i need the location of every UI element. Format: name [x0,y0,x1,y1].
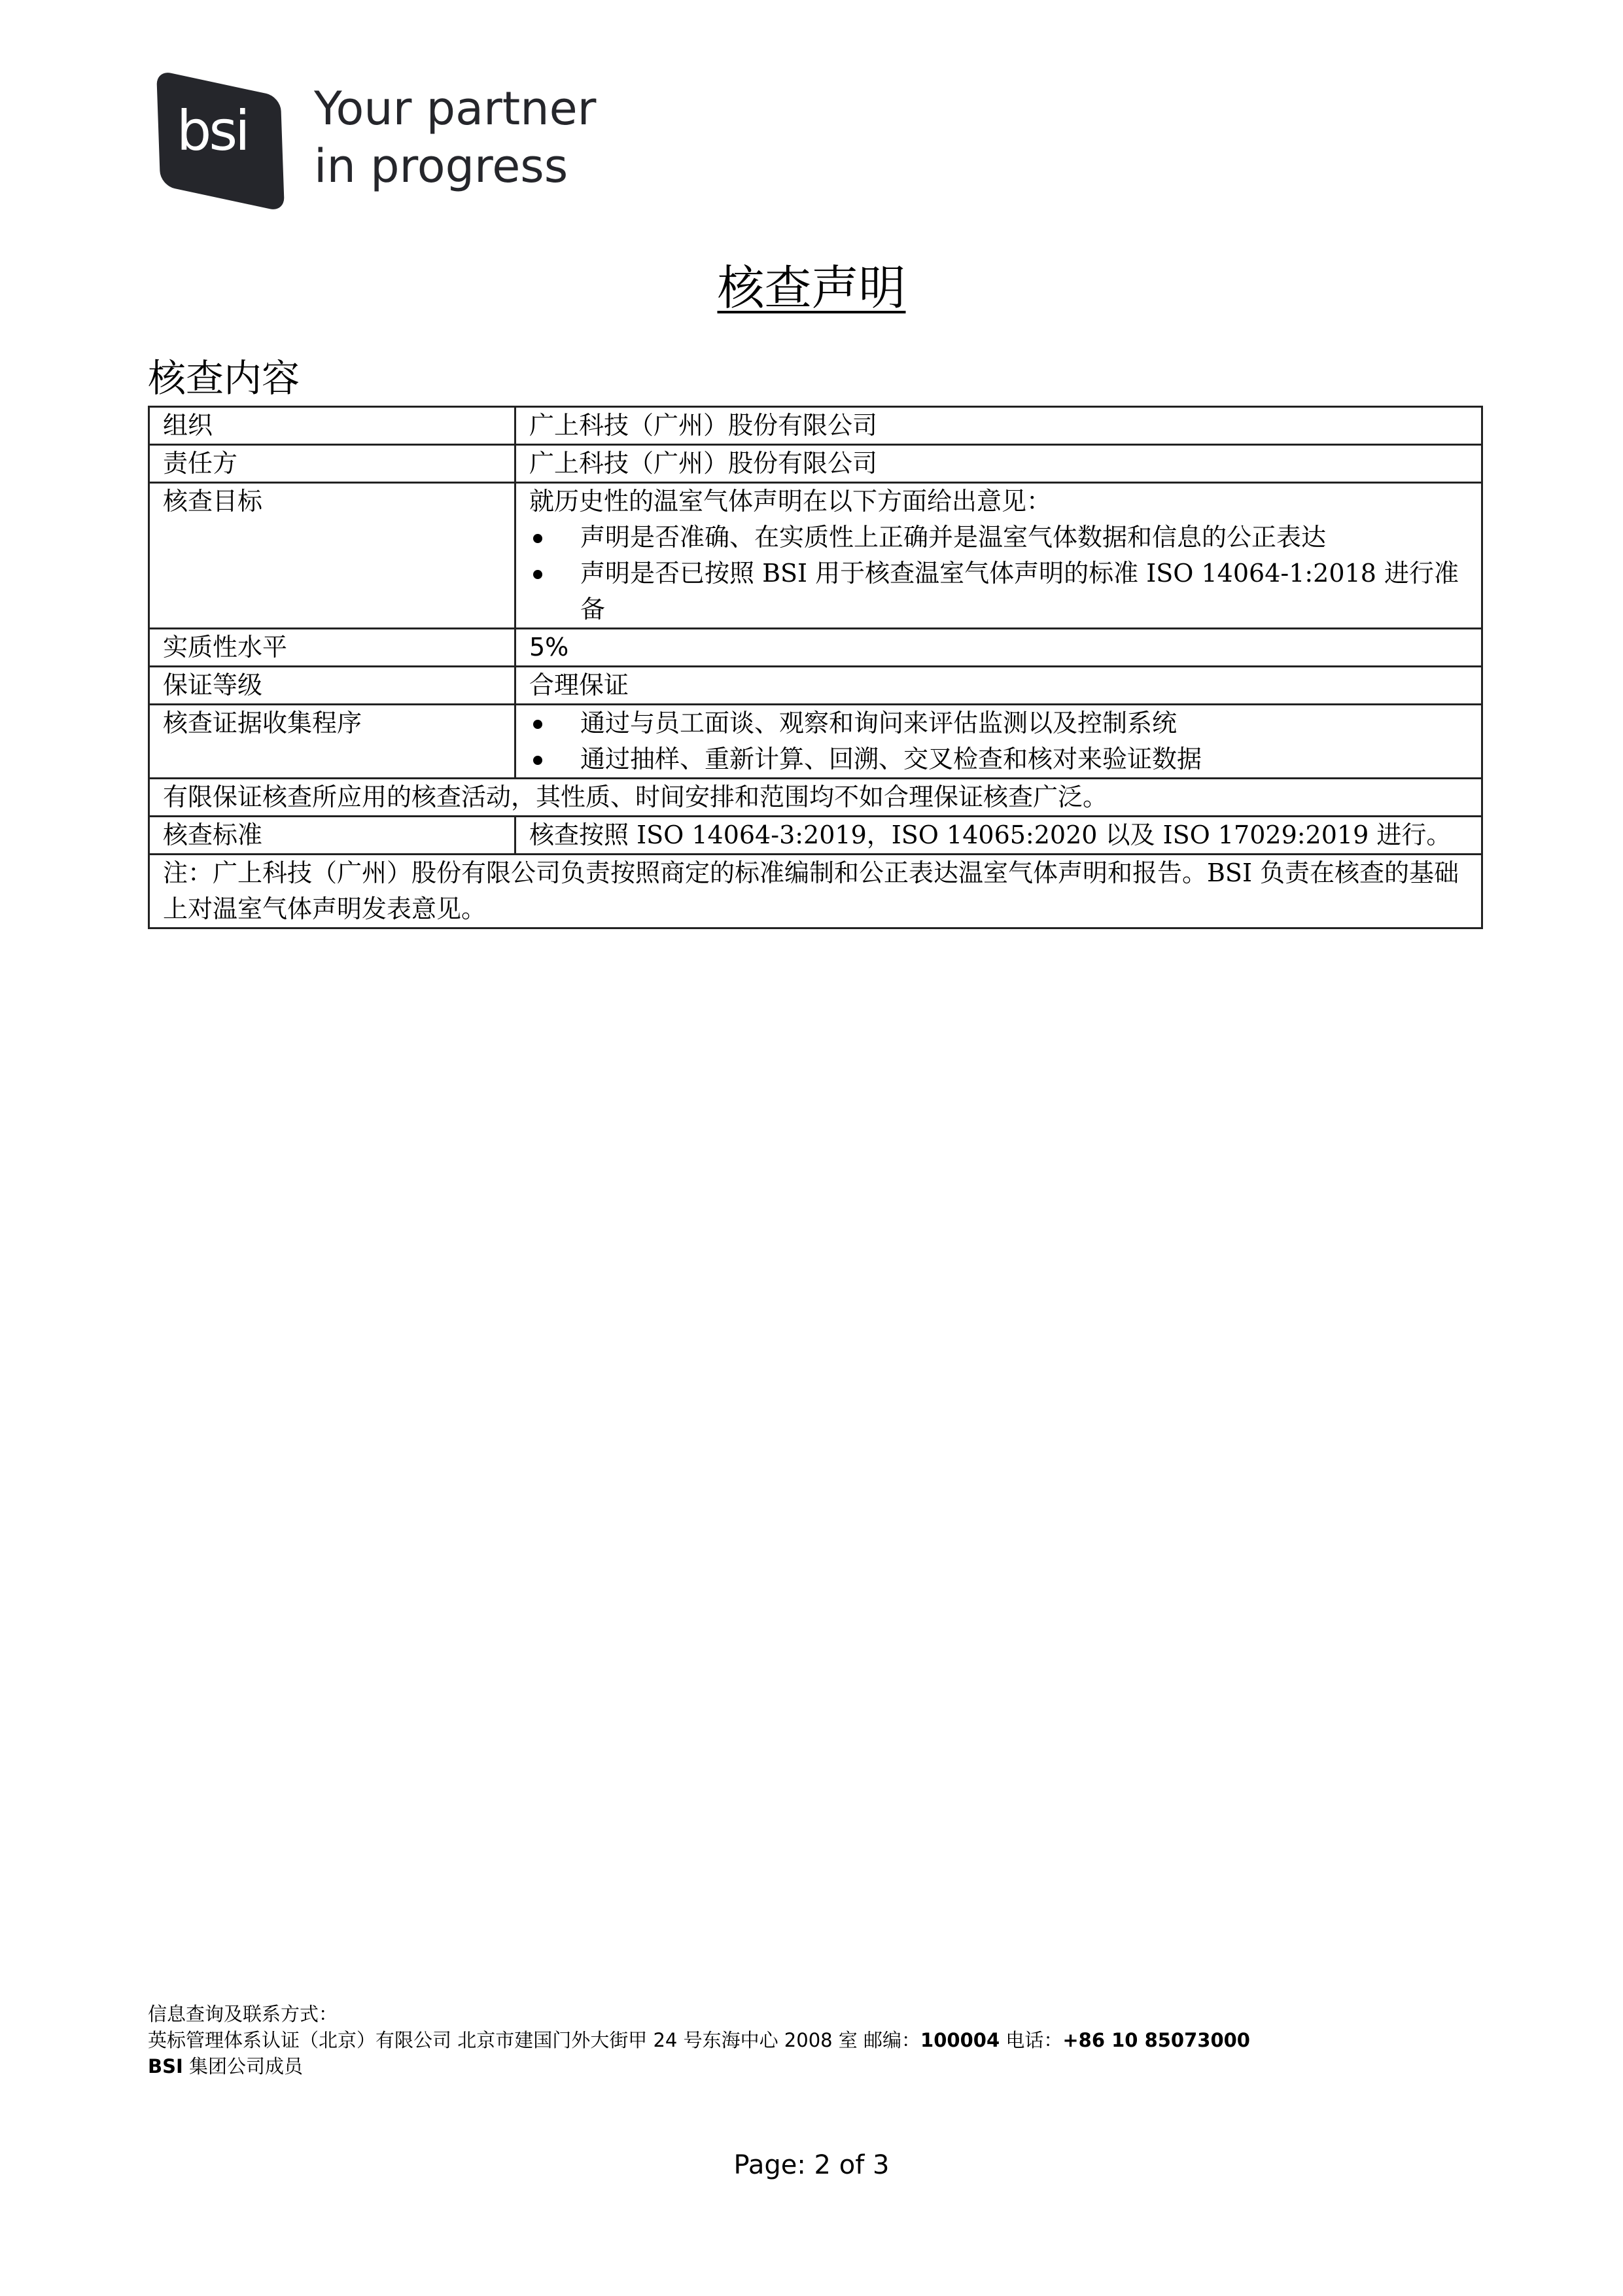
table-row-limited-assurance-note: 有限保证核查所应用的核查活动，其性质、时间安排和范围均不如合理保证核查广泛。 [149,779,1482,817]
row-label: 责任方 [149,445,515,483]
footer-contact: 信息查询及联系方式： 英标管理体系认证（北京）有限公司 北京市建国门外大街甲 2… [148,2001,1250,2079]
footer-address-line: 英标管理体系认证（北京）有限公司 北京市建国门外大街甲 24 号东海中心 200… [148,2027,1250,2053]
verification-content-table: 组织 广上科技（广州）股份有限公司 责任方 广上科技（广州）股份有限公司 核查目… [148,406,1483,929]
row-value: 5% [515,629,1482,667]
bullet-item: 通过与员工面谈、观察和询问来评估监测以及控制系统 [529,705,1468,741]
footer-postcode: 100004 [920,2029,1000,2051]
row-value: 核查按照 ISO 14064-3:2019，ISO 14065:2020 以及 … [515,817,1482,855]
logo-tagline: Your partner in progress [314,80,596,195]
document-title: 核查声明 [0,256,1623,319]
footer-bsi: BSI [148,2055,183,2077]
bullet-item: 声明是否已按照 BSI 用于核查温室气体声明的标准 ISO 14064-1:20… [529,556,1468,627]
footer-group-text: 集团公司成员 [189,2055,303,2077]
full-width-note: 有限保证核查所应用的核查活动，其性质、时间安排和范围均不如合理保证核查广泛。 [149,779,1482,817]
objective-intro: 就历史性的温室气体声明在以下方面给出意见： [529,484,1468,520]
bullet-item: 声明是否准确、在实质性上正确并是温室气体数据和信息的公正表达 [529,520,1468,556]
bullet-item: 通过抽样、重新计算、回溯、交叉检查和核对来验证数据 [529,741,1468,777]
row-value: 通过与员工面谈、观察和询问来评估监测以及控制系统 通过抽样、重新计算、回溯、交叉… [515,705,1482,779]
table-row-evidence-procedures: 核查证据收集程序 通过与员工面谈、观察和询问来评估监测以及控制系统 通过抽样、重… [149,705,1482,779]
row-value: 广上科技（广州）股份有限公司 [515,445,1482,483]
page-number: Page: 2 of 3 [0,2150,1623,2180]
table-row-materiality: 实质性水平 5% [149,629,1482,667]
row-label: 实质性水平 [149,629,515,667]
procedure-bullets: 通过与员工面谈、观察和询问来评估监测以及控制系统 通过抽样、重新计算、回溯、交叉… [529,705,1468,777]
objective-bullets: 声明是否准确、在实质性上正确并是温室气体数据和信息的公正表达 声明是否已按照 B… [529,520,1468,627]
table-row-verification-objective: 核查目标 就历史性的温室气体声明在以下方面给出意见： 声明是否准确、在实质性上正… [149,483,1482,629]
row-value: 合理保证 [515,667,1482,705]
row-label: 核查证据收集程序 [149,705,515,779]
footer-phone: +86 10 85073000 [1062,2029,1250,2051]
table-row-responsible-party: 责任方 广上科技（广州）股份有限公司 [149,445,1482,483]
footer-group-member: BSI 集团公司成员 [148,2053,1250,2079]
footer-postcode-label: 邮编： [864,2029,920,2051]
tagline-line-1: Your partner [314,80,596,137]
table-row-verification-standards: 核查标准 核查按照 ISO 14064-3:2019，ISO 14065:202… [149,817,1482,855]
section-heading: 核查内容 [148,353,300,403]
bsi-logo: bsi Your partner in progress [145,77,616,208]
row-label: 核查目标 [149,483,515,629]
footer-address: 北京市建国门外大街甲 24 号东海中心 2008 室 [457,2029,858,2051]
tagline-line-2: in progress [314,137,596,195]
table-row-assurance-level: 保证等级 合理保证 [149,667,1482,705]
footer-company: 英标管理体系认证（北京）有限公司 [148,2029,451,2051]
table-row-organization: 组织 广上科技（广州）股份有限公司 [149,407,1482,445]
table-row-responsibility-note: 注：广上科技（广州）股份有限公司负责按照商定的标准编制和公正表达温室气体声明和报… [149,855,1482,928]
row-value: 广上科技（广州）股份有限公司 [515,407,1482,445]
row-label: 保证等级 [149,667,515,705]
footer-contact-heading: 信息查询及联系方式： [148,2001,1250,2027]
row-label: 核查标准 [149,817,515,855]
bsi-logo-text: bsi [177,103,247,158]
row-value: 就历史性的温室气体声明在以下方面给出意见： 声明是否准确、在实质性上正确并是温室… [515,483,1482,629]
footer-phone-label: 电话： [1005,2029,1062,2051]
row-label: 组织 [149,407,515,445]
full-width-note: 注：广上科技（广州）股份有限公司负责按照商定的标准编制和公正表达温室气体声明和报… [149,855,1482,928]
